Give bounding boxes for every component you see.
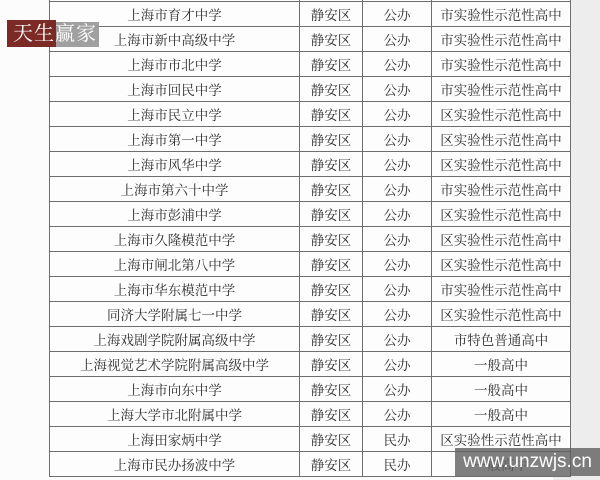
ownership-cell: 民办 xyxy=(363,452,432,477)
ownership-cell: 公办 xyxy=(363,152,432,177)
table-row: 上海市久隆模范中学静安区公办区实验性示范性高中 xyxy=(50,227,571,252)
school-cell: 同济大学附属七一中学 xyxy=(50,302,300,327)
table-row: 上海市向东中学静安区公办一般高中 xyxy=(50,377,571,402)
district-cell: 静安区 xyxy=(300,127,363,152)
ownership-cell: 公办 xyxy=(363,352,432,377)
ownership-cell: 公办 xyxy=(363,302,432,327)
table-row: 上海市第六十中学静安区公办市实验性示范性高中 xyxy=(50,177,571,202)
district-cell: 静安区 xyxy=(300,377,363,402)
district-cell: 静安区 xyxy=(300,2,363,27)
school-cell: 上海市久隆模范中学 xyxy=(50,227,300,252)
ownership-cell: 公办 xyxy=(363,52,432,77)
district-cell: 静安区 xyxy=(300,27,363,52)
school-cell: 上海市民立中学 xyxy=(50,102,300,127)
table-row: 上海戏剧学院附属高级中学静安区公办市特色普通高中 xyxy=(50,327,571,352)
table-row: 上海市回民中学静安区公办市实验性示范性高中 xyxy=(50,77,571,102)
ownership-cell: 公办 xyxy=(363,202,432,227)
table-row: 上海视觉艺术学院附属高级中学静安区公办一般高中 xyxy=(50,352,571,377)
district-cell: 静安区 xyxy=(300,52,363,77)
category-cell: 区实验性示范性高中 xyxy=(432,202,571,227)
school-cell: 上海大学市北附属中学 xyxy=(50,402,300,427)
district-cell: 静安区 xyxy=(300,327,363,352)
district-cell: 静安区 xyxy=(300,177,363,202)
school-cell: 上海视觉艺术学院附属高级中学 xyxy=(50,352,300,377)
ownership-cell: 公办 xyxy=(363,77,432,102)
ownership-cell: 公办 xyxy=(363,252,432,277)
table-row: 上海市彭浦中学静安区公办区实验性示范性高中 xyxy=(50,202,571,227)
category-cell: 区实验性示范性高中 xyxy=(432,302,571,327)
category-cell: 一般高中 xyxy=(432,377,571,402)
school-cell: 上海市第一中学 xyxy=(50,127,300,152)
category-cell: 一般高中 xyxy=(432,402,571,427)
school-cell: 上海市第六十中学 xyxy=(50,177,300,202)
category-cell: 市实验性示范性高中 xyxy=(432,52,571,77)
category-cell: 市实验性示范性高中 xyxy=(432,177,571,202)
table-row: 上海市第一中学静安区公办区实验性示范性高中 xyxy=(50,127,571,152)
school-cell: 上海市向东中学 xyxy=(50,377,300,402)
district-cell: 静安区 xyxy=(300,152,363,177)
district-cell: 静安区 xyxy=(300,402,363,427)
ownership-cell: 公办 xyxy=(363,327,432,352)
category-cell: 区实验性示范性高中 xyxy=(432,152,571,177)
ownership-cell: 公办 xyxy=(363,177,432,202)
category-cell: 市实验性示范性高中 xyxy=(432,77,571,102)
school-list-table: 上海市育才中学静安区公办市实验性示范性高中上海市新中高级中学静安区公办市实验性示… xyxy=(49,0,571,477)
district-cell: 静安区 xyxy=(300,427,363,452)
school-cell: 上海市华东模范中学 xyxy=(50,277,300,302)
table-row: 上海市闸北第八中学静安区公办区实验性示范性高中 xyxy=(50,252,571,277)
school-cell: 上海市风华中学 xyxy=(50,152,300,177)
district-cell: 静安区 xyxy=(300,102,363,127)
school-cell: 上海市市北中学 xyxy=(50,52,300,77)
ownership-cell: 公办 xyxy=(363,402,432,427)
page: 上海市育才中学静安区公办市实验性示范性高中上海市新中高级中学静安区公办市实验性示… xyxy=(0,0,600,480)
district-cell: 静安区 xyxy=(300,302,363,327)
district-cell: 静安区 xyxy=(300,227,363,252)
district-cell: 静安区 xyxy=(300,352,363,377)
category-cell: 市实验性示范性高中 xyxy=(432,277,571,302)
school-cell: 上海市闸北第八中学 xyxy=(50,252,300,277)
category-cell: 市特色普通高中 xyxy=(432,327,571,352)
category-cell: 区实验性示范性高中 xyxy=(432,127,571,152)
school-cell: 上海市民办扬波中学 xyxy=(50,452,300,477)
site-watermark: www.unzwjs.cn xyxy=(455,448,600,476)
ownership-cell: 公办 xyxy=(363,127,432,152)
category-cell: 区实验性示范性高中 xyxy=(432,252,571,277)
watermark-badge: 天生赢家 xyxy=(13,22,97,46)
school-cell: 上海戏剧学院附属高级中学 xyxy=(50,327,300,352)
district-cell: 静安区 xyxy=(300,252,363,277)
table-row: 上海市华东模范中学静安区公办市实验性示范性高中 xyxy=(50,277,571,302)
category-cell: 市实验性示范性高中 xyxy=(432,2,571,27)
table-row: 上海市民立中学静安区公办区实验性示范性高中 xyxy=(50,102,571,127)
category-cell: 市实验性示范性高中 xyxy=(432,27,571,52)
category-cell: 区实验性示范性高中 xyxy=(432,102,571,127)
table-row: 上海市市北中学静安区公办市实验性示范性高中 xyxy=(50,52,571,77)
category-cell: 区实验性示范性高中 xyxy=(432,227,571,252)
ownership-cell: 公办 xyxy=(363,102,432,127)
ownership-cell: 公办 xyxy=(363,2,432,27)
category-cell: 一般高中 xyxy=(432,352,571,377)
ownership-cell: 公办 xyxy=(363,277,432,302)
ownership-cell: 公办 xyxy=(363,227,432,252)
ownership-cell: 公办 xyxy=(363,377,432,402)
table-row: 上海大学市北附属中学静安区公办一般高中 xyxy=(50,402,571,427)
district-cell: 静安区 xyxy=(300,202,363,227)
school-cell: 上海田家炳中学 xyxy=(50,427,300,452)
school-cell: 上海市彭浦中学 xyxy=(50,202,300,227)
table-row: 上海市风华中学静安区公办区实验性示范性高中 xyxy=(50,152,571,177)
district-cell: 静安区 xyxy=(300,77,363,102)
table-row: 同济大学附属七一中学静安区公办区实验性示范性高中 xyxy=(50,302,571,327)
ownership-cell: 公办 xyxy=(363,27,432,52)
school-table-body: 上海市育才中学静安区公办市实验性示范性高中上海市新中高级中学静安区公办市实验性示… xyxy=(50,0,571,477)
table-row: 上海市新中高级中学静安区公办市实验性示范性高中 xyxy=(50,27,571,52)
district-cell: 静安区 xyxy=(300,452,363,477)
district-cell: 静安区 xyxy=(300,277,363,302)
school-cell: 上海市回民中学 xyxy=(50,77,300,102)
table-row: 上海市育才中学静安区公办市实验性示范性高中 xyxy=(50,2,571,27)
ownership-cell: 民办 xyxy=(363,427,432,452)
